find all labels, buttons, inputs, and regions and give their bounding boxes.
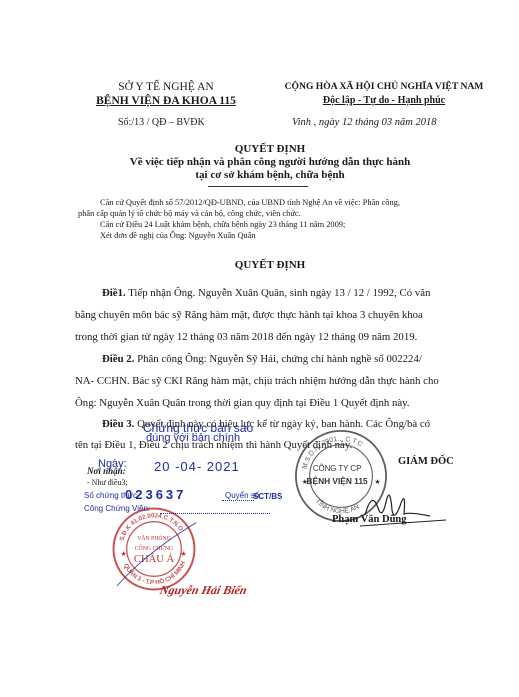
certification-book-line: [222, 500, 254, 501]
svg-text:★: ★: [302, 478, 308, 486]
national-header: CỘNG HÒA XÃ HỘI CHỦ NGHĨA VIỆT NAM Độc l…: [268, 80, 500, 108]
certification-title-line2: đúng với bản chính: [146, 432, 240, 444]
article-1-text: Tiếp nhận Ông. Nguyễn Xuân Quân, sinh ng…: [126, 287, 431, 299]
article-2-text: Phân công Ông: Nguyễn Sỹ Hải, chứng chỉ …: [134, 353, 421, 365]
notary-signature: Nguyễn Hải Biển: [158, 583, 248, 598]
director-name: Phạm Văn Dũng: [332, 514, 407, 525]
hospital-seal-line1: CÔNG TY CP: [313, 464, 361, 473]
article-1-line-3: trong thời gian từ ngày 12 tháng 03 năm …: [75, 326, 417, 348]
basis-line-1: Căn cứ Quyết định số 57/2012/QĐ-UBND, củ…: [100, 197, 400, 208]
notary-signature-line: [160, 513, 270, 514]
certification-date: 20 -04- 2021: [154, 459, 240, 474]
svg-text:★: ★: [121, 550, 127, 558]
country-name: CỘNG HÒA XÃ HỘI CHỦ NGHĨA VIỆT NAM: [268, 80, 500, 94]
article-2-line-2: NA- CCHN. Bác sỹ CKI Răng hàm mặt, chịu …: [75, 370, 439, 392]
article-3-label: Điều 3.: [102, 418, 134, 430]
basis-line-2: Căn cứ Điều 24 Luật khám bệnh, chữa bệnh…: [100, 219, 345, 230]
article-1: Điề1. Tiếp nhận Ông. Nguyễn Xuân Quân, s…: [102, 282, 430, 304]
issuer-header: SỞ Y TẾ NGHỆ AN BỆNH VIỆN ĐA KHOA 115: [96, 80, 236, 108]
certification-date-label: Ngày:: [98, 458, 127, 470]
basis-line-3: Xét đơn đề nghị của Ông: Nguyễn Xuân Quâ…: [100, 230, 256, 241]
notary-seal-line1: VĂN PHÒNG: [137, 534, 171, 542]
national-motto: Độc lập - Tự do - Hạnh phúc: [268, 94, 500, 108]
article-2-label: Điều 2.: [102, 353, 134, 365]
title-divider: [208, 186, 308, 187]
director-title: GIÁM ĐỐC: [398, 456, 454, 467]
notary-label: Công Chứng Viên:: [84, 504, 150, 513]
certification-book-suffix: SCT/BS: [253, 492, 282, 501]
title-subject-line1: Về việc tiếp nhận và phân công người hướ…: [60, 156, 480, 169]
ministry-name: SỞ Y TẾ NGHỆ AN: [96, 80, 236, 94]
title-subject-line2: tại cơ sở khám bệnh, chữa bệnh: [60, 169, 480, 182]
svg-text:★: ★: [180, 550, 186, 558]
recipients-item: - Như điều3;: [87, 478, 128, 487]
hospital-name: BỆNH VIỆN ĐA KHOA 115: [96, 94, 236, 108]
notary-seal-stamp: S.Đ.K 41.02.0024.C.T.N.O QUẬN 3 - T.P HỒ…: [110, 505, 198, 593]
article-2-line-3: Ông: Nguyễn Xuân Quân trong thời gian qu…: [75, 392, 410, 414]
document-title: QUYẾT ĐỊNH Về việc tiếp nhận và phân côn…: [60, 143, 480, 182]
decision-heading: QUYẾT ĐỊNH: [60, 259, 480, 271]
article-2: Điều 2. Phân công Ông: Nguyễn Sỹ Hải, ch…: [102, 348, 422, 370]
title-heading: QUYẾT ĐỊNH: [60, 143, 480, 156]
hospital-seal-line2: BỆNH VIỆN 115: [307, 475, 368, 486]
notary-seal-line2: CÔNG CHỨNG: [135, 544, 173, 552]
place-date: Vinh , ngày 12 tháng 03 năm 2018: [292, 117, 436, 128]
article-1-label: Điề1.: [102, 287, 126, 299]
certification-number: 023637: [125, 487, 186, 502]
article-1-line-2: bằng chuyên môn bác sỹ Răng hàm mặt, đượ…: [75, 304, 423, 326]
basis-line-1-cont: phân cấp quản lý tổ chức bộ máy và cán b…: [78, 208, 301, 219]
svg-text:TỈNH NGHỆ AN: TỈNH NGHỆ AN: [314, 498, 361, 516]
document-number: Số:/13 / QĐ – BVĐK: [118, 117, 205, 128]
